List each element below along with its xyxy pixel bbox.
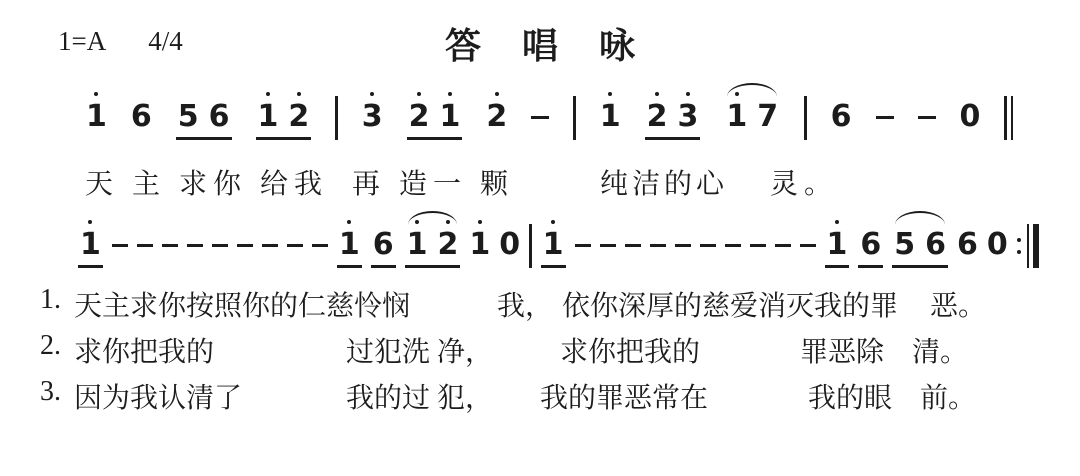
note-high-octave: 1 (543, 228, 564, 262)
note: 6 (131, 100, 152, 134)
verse-segment: 我的罪恶常在 (540, 376, 708, 416)
barline (335, 96, 338, 140)
note: 5 (894, 228, 915, 262)
duration-dash (918, 116, 936, 119)
duration-dash (775, 244, 791, 247)
lyric-segment: 纯洁的心 (600, 162, 728, 202)
verse-segment: 恶。 (930, 284, 986, 324)
page-title: 答 唱 咏 (0, 18, 1080, 69)
note: 7 (757, 100, 778, 134)
beamed-note-group: 1 (825, 228, 850, 268)
note: 6 (209, 100, 230, 134)
verse-segment: 我， (497, 284, 553, 324)
repeat-dots (1017, 224, 1021, 268)
note: 0 (499, 228, 520, 262)
verse-number: 3. (40, 376, 61, 408)
lyric-segment: 灵。 (770, 162, 838, 202)
note-high-octave: 2 (647, 100, 668, 134)
beamed-note-group: 56 (176, 100, 232, 140)
note: 0 (960, 100, 981, 134)
note-high-octave: 1 (600, 100, 621, 134)
duration-dash (700, 244, 716, 247)
verse-segment: 因为我认清了 (74, 376, 242, 416)
barline (804, 96, 807, 140)
barline (529, 224, 532, 268)
verse-1: 1. 天主求你按照你的仁慈怜悯 我， 依你深厚的慈爱消灭我的罪 恶。 (0, 284, 1080, 330)
beamed-note-group: 6 (371, 228, 396, 268)
duration-dash (725, 244, 741, 247)
verse-segment: 我的过 犯， (346, 376, 493, 416)
lyric-segment: 天 主 求你 给我 (85, 162, 328, 202)
barline (573, 96, 576, 140)
duration-dash (750, 244, 766, 247)
note-high-octave: 2 (288, 100, 309, 134)
note-high-octave: 2 (438, 228, 459, 262)
final-double-barline (1004, 96, 1013, 140)
beamed-note-group: 6 (858, 228, 883, 268)
beamed-note-group: 1 (78, 228, 103, 268)
note: 6 (925, 228, 946, 262)
verse-segment: 过犯洗 净， (346, 330, 493, 370)
note-high-octave: 1 (440, 100, 461, 134)
beamed-note-group: 12 (256, 100, 312, 140)
verse-segment: 罪恶除 清。 (800, 330, 968, 370)
verse-segment: 天主求你按照你的仁慈怜悯 (74, 284, 410, 324)
duration-dash (237, 244, 253, 247)
duration-dash (600, 244, 616, 247)
lyric-segment: 再 造一 颗 (352, 162, 514, 202)
note-high-octave: 1 (86, 100, 107, 134)
note: 0 (987, 228, 1008, 262)
note-high-octave: 1 (827, 228, 848, 262)
note-high-octave: 1 (80, 228, 101, 262)
beamed-note-group: 1 (541, 228, 566, 268)
duration-dash (800, 244, 816, 247)
slur-group: 12 (405, 228, 461, 268)
duration-dash (137, 244, 153, 247)
note-high-octave: 1 (726, 100, 747, 134)
duration-dash (876, 116, 894, 119)
duration-dash (625, 244, 641, 247)
note: 6 (860, 228, 881, 262)
duration-dash (212, 244, 228, 247)
duration-dash (162, 244, 178, 247)
verse-segment: 求你把我的 (74, 330, 214, 370)
lyric-line-1: 天 主 求你 给我 再 造一 颗 纯洁的心 灵。 (0, 162, 1080, 202)
note: 6 (831, 100, 852, 134)
duration-dash (531, 116, 549, 119)
duration-dash (112, 244, 128, 247)
sheet-music-page: 1=A 4/4 答 唱 咏 16561232121231760 天 主 求你 给… (0, 0, 1080, 476)
note-high-octave: 2 (409, 100, 430, 134)
verse-segment: 依你深厚的慈爱消灭我的罪 (562, 284, 898, 324)
note-high-octave: 2 (486, 100, 507, 134)
duration-dash (675, 244, 691, 247)
repeat-end-barline (1017, 224, 1039, 268)
slur-group: 56 (892, 228, 948, 268)
note-high-octave: 3 (678, 100, 699, 134)
note: 6 (957, 228, 978, 262)
verse-segment: 求你把我的 (560, 330, 700, 370)
duration-dash (262, 244, 278, 247)
beamed-note-group: 21 (407, 100, 463, 140)
note-high-octave: 1 (469, 228, 490, 262)
notation-line-2: 11612101165660 (78, 228, 1039, 268)
verse-block: 1. 天主求你按照你的仁慈怜悯 我， 依你深厚的慈爱消灭我的罪 恶。 2. 求你… (0, 284, 1080, 422)
note: 6 (373, 228, 394, 262)
verse-number: 2. (40, 330, 61, 362)
note: 5 (178, 100, 199, 134)
note-high-octave: 1 (339, 228, 360, 262)
beamed-note-group: 1 (337, 228, 362, 268)
note-high-octave: 1 (258, 100, 279, 134)
duration-dash (650, 244, 666, 247)
note-high-octave: 3 (362, 100, 383, 134)
duration-dash (575, 244, 591, 247)
slur-group: 17 (724, 100, 780, 134)
verse-segment: 我的眼 前。 (808, 376, 976, 416)
beamed-note-group: 23 (645, 100, 701, 140)
duration-dash (187, 244, 203, 247)
verse-2: 2. 求你把我的 过犯洗 净， 求你把我的 罪恶除 清。 (0, 330, 1080, 376)
duration-dash (312, 244, 328, 247)
verse-number: 1. (40, 284, 61, 316)
note-high-octave: 1 (407, 228, 428, 262)
duration-dash (287, 244, 303, 247)
verse-3: 3. 因为我认清了 我的过 犯， 我的罪恶常在 我的眼 前。 (0, 376, 1080, 422)
notation-line-1: 16561232121231760 (86, 100, 1013, 140)
